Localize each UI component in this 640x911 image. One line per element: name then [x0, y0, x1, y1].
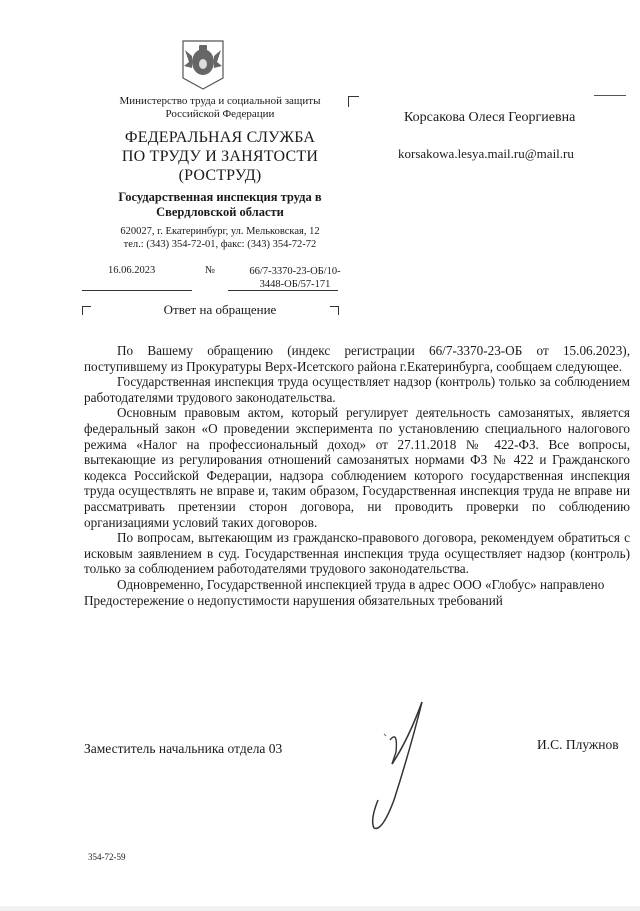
signer-position: Заместитель начальника отдела 03: [84, 741, 282, 757]
reg-number-line-1: 66/7-3370-23-ОБ/10-: [240, 265, 350, 278]
registration-number: 66/7-3370-23-ОБ/10- 3448-ОБ/57-171: [240, 265, 350, 291]
signer-name: И.С. Плужнов: [537, 737, 619, 753]
page-bottom-edge: [0, 906, 640, 911]
service-line-1: ФЕДЕРАЛЬНАЯ СЛУЖБА: [80, 128, 360, 147]
recipient-corner-mark: [348, 96, 359, 107]
body-paragraph: По вопросам, вытекающим из гражданско-пр…: [84, 530, 630, 577]
handwritten-signature: [368, 700, 438, 840]
inspection-line-2: Свердловской области: [80, 205, 360, 220]
service-line-3: (РОСТРУД): [80, 166, 360, 185]
number-sign: №: [205, 265, 215, 276]
number-underline: [228, 290, 338, 291]
ministry-line-1: Министерство труда и социальной защиты: [80, 95, 360, 108]
recipient-corner-line: [594, 95, 626, 96]
letter-subject: Ответ на обращение: [80, 302, 360, 318]
inspection-line-1: Государственная инспекция труда в: [80, 190, 360, 205]
service-name: ФЕДЕРАЛЬНАЯ СЛУЖБА ПО ТРУДУ И ЗАНЯТОСТИ …: [80, 128, 360, 185]
date-underline: [82, 290, 192, 291]
recipient-name: Корсакова Олеся Георгиевна: [404, 110, 575, 126]
contacts-line: тел.: (343) 354-72-01, факс: (343) 354-7…: [80, 239, 360, 252]
body-paragraph: Государственная инспекция труда осуществ…: [84, 374, 630, 405]
inspection-address: 620027, г. Екатеринбург, ул. Мельковская…: [80, 226, 360, 251]
service-line-2: ПО ТРУДУ И ЗАНЯТОСТИ: [80, 147, 360, 166]
ministry-name: Министерство труда и социальной защиты Р…: [80, 95, 360, 121]
body-paragraph: Одновременно, Государственной инспекцией…: [84, 577, 630, 608]
letter-body: По Вашему обращению (индекс регистрации …: [84, 343, 630, 608]
body-paragraph: По Вашему обращению (индекс регистрации …: [84, 343, 630, 374]
recipient-email: korsakowa.lesya.mail.ru@mail.ru: [398, 146, 574, 162]
ministry-line-2: Российской Федерации: [80, 108, 360, 121]
letter-date: 16.06.2023: [108, 265, 155, 276]
inspection-name: Государственная инспекция труда в Свердл…: [80, 190, 360, 220]
address-line: 620027, г. Екатеринбург, ул. Мельковская…: [80, 226, 360, 239]
body-paragraph: Основным правовым актом, который регулир…: [84, 405, 630, 530]
coat-of-arms-icon: [180, 38, 226, 92]
executor-phone: 354-72-59: [88, 852, 126, 862]
